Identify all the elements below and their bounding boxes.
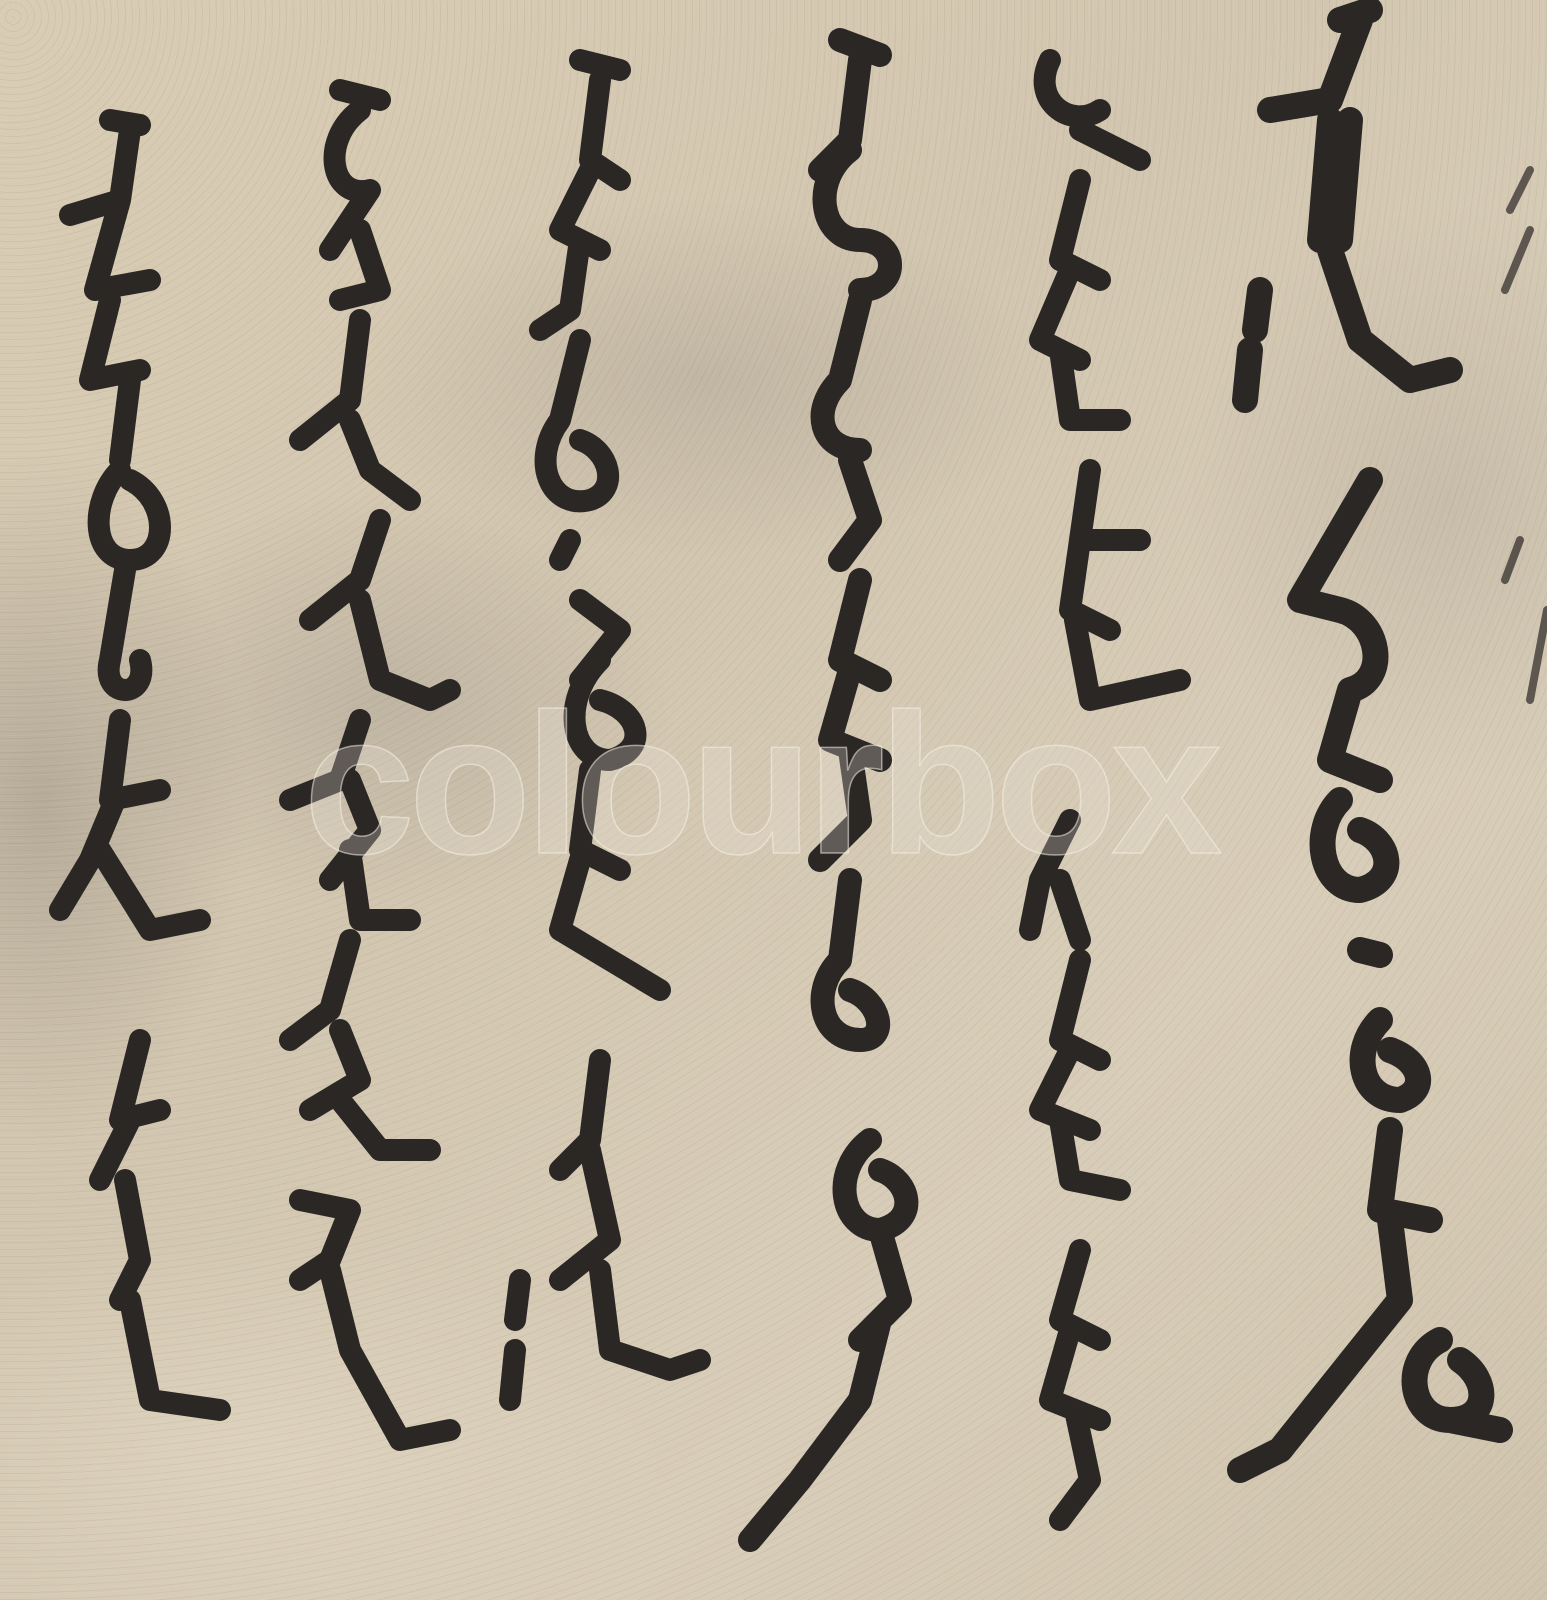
- script-column-3: [510, 60, 700, 1400]
- script-column-2: [290, 90, 450, 1440]
- script-columns: [0, 0, 1547, 1600]
- script-column-4: [750, 40, 906, 1540]
- script-column-1: [60, 120, 220, 1410]
- script-column-5: [1030, 60, 1180, 1520]
- script-column-7: [1505, 170, 1547, 700]
- manuscript-photo: colourbox: [0, 0, 1547, 1600]
- script-column-6: [1240, 10, 1500, 1470]
